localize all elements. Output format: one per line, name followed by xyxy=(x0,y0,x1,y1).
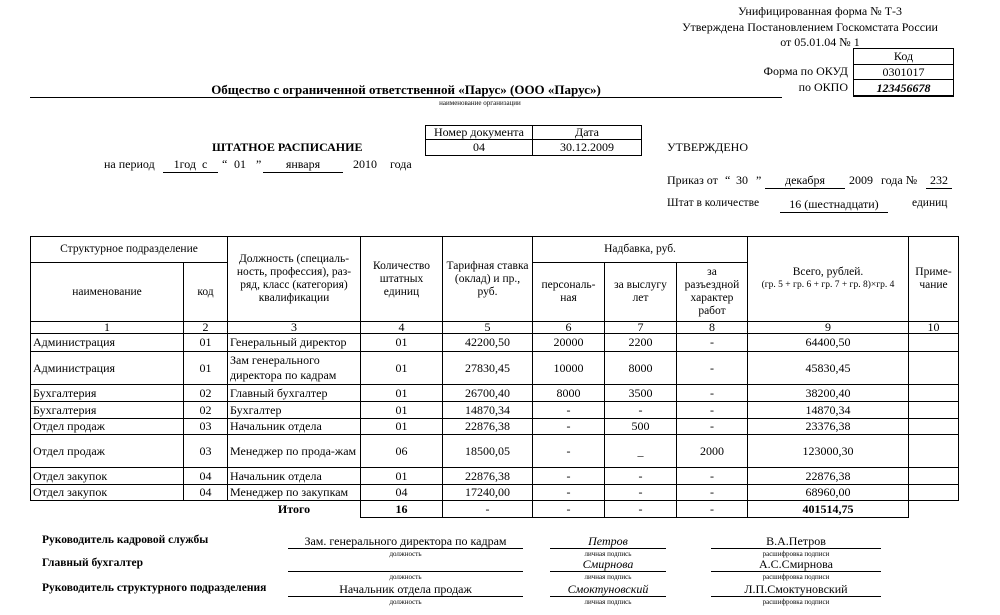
header-unit-group: Структурное подразделение xyxy=(30,236,228,263)
period-prefix: на период xyxy=(104,157,155,172)
table-row-count: 01 xyxy=(360,418,443,435)
period-quote-close: ” xyxy=(256,157,261,172)
order-month: декабря xyxy=(765,173,845,189)
signature-handwritten: Смоктуновский xyxy=(550,582,666,597)
table-row-note xyxy=(908,401,959,419)
signature-name-caption: расшифровка подписи xyxy=(711,598,881,606)
doc-date-label: Дата xyxy=(532,125,642,140)
signature-position-caption: должность xyxy=(288,573,523,581)
table-row-total: 45830,45 xyxy=(747,351,909,385)
okpo-value: 123456678 xyxy=(853,79,954,97)
total-label: Итого xyxy=(227,500,361,518)
header-unit-code: код xyxy=(183,262,228,322)
table-row-note xyxy=(908,467,959,485)
table-row-seniority: 2200 xyxy=(604,333,677,352)
table-row-travel: - xyxy=(676,351,748,385)
staff-label: Штат в количестве xyxy=(667,197,759,209)
table-row-position: Начальник отдела xyxy=(227,418,361,435)
table-row-rate: 22876,38 xyxy=(442,467,533,485)
signature-role: Руководитель структурного подразделения xyxy=(42,582,266,594)
period-month: января xyxy=(263,157,343,173)
table-row-seniority: - xyxy=(604,467,677,485)
table-row-count: 01 xyxy=(360,401,443,419)
table-row-total: 123000,30 xyxy=(747,434,909,468)
table-row-unit: Отдел закупок xyxy=(30,484,184,501)
table-row-seniority: 3500 xyxy=(604,384,677,402)
table-row-count: 01 xyxy=(360,384,443,402)
header-bonus-group: Надбавка, руб. xyxy=(532,236,748,263)
table-row-rate: 14870,34 xyxy=(442,401,533,419)
organization-caption: наименование организации xyxy=(380,99,580,107)
table-row-personal: 8000 xyxy=(532,384,605,402)
order-number: 232 xyxy=(926,173,952,189)
table-row-seniority: _ xyxy=(604,434,677,468)
total-seniority: - xyxy=(604,500,677,518)
doc-number: 04 xyxy=(425,139,533,156)
table-row-travel: - xyxy=(676,384,748,402)
table-row-code: 02 xyxy=(183,401,228,419)
signature-position: Зам. генерального директора по кадрам xyxy=(288,534,523,549)
header-bonus-travel: заразъезднойхарактерработ xyxy=(676,262,748,322)
table-row-unit: Отдел закупок xyxy=(30,467,184,485)
table-row-count: 01 xyxy=(360,351,443,385)
doc-number-label: Номер документа xyxy=(425,125,533,140)
table-row-total: 38200,40 xyxy=(747,384,909,402)
table-row-seniority: - xyxy=(604,401,677,419)
period-day: 01 xyxy=(230,157,250,172)
organization-name: Общество с ограниченной ответственной «П… xyxy=(30,82,782,98)
total-travel: - xyxy=(676,500,748,518)
signature-role: Главный бухгалтер xyxy=(42,557,143,569)
table-row-unit: Бухгалтерия xyxy=(30,401,184,419)
table-row-position: Менеджер по прода-жам xyxy=(227,434,361,468)
period-line: 1год с xyxy=(163,157,218,173)
signature-position xyxy=(288,557,523,572)
table-row-travel: - xyxy=(676,467,748,485)
table-row-code: 04 xyxy=(183,484,228,501)
table-row-travel: - xyxy=(676,484,748,501)
header-unit-name: наименование xyxy=(30,262,184,322)
table-row-code: 01 xyxy=(183,351,228,385)
table-row-code: 01 xyxy=(183,333,228,352)
signature-caption: личная подпись xyxy=(550,573,666,581)
table-row-total: 68960,00 xyxy=(747,484,909,501)
table-row-personal: - xyxy=(532,418,605,435)
table-row-position: Менеджер по закупкам xyxy=(227,484,361,501)
table-row-note xyxy=(908,384,959,402)
okud-label: Форма по ОКУД xyxy=(700,64,848,79)
signature-name: Л.П.Смоктуновский xyxy=(711,582,881,597)
table-row-seniority: - xyxy=(604,484,677,501)
approval-title: УТВЕРЖДЕНО xyxy=(667,140,748,155)
table-row-personal: 20000 xyxy=(532,333,605,352)
table-row-position: Генеральный директор xyxy=(227,333,361,352)
signature-handwritten: Смирнова xyxy=(550,557,666,572)
period-suffix: года xyxy=(390,157,412,172)
table-row-total: 14870,34 xyxy=(747,401,909,419)
order-year-suffix: года № xyxy=(881,173,917,188)
table-row-unit: Администрация xyxy=(30,333,184,352)
table-row-rate: 17240,00 xyxy=(442,484,533,501)
table-row-count: 01 xyxy=(360,467,443,485)
table-row-code: 03 xyxy=(183,434,228,468)
table-row-note xyxy=(908,333,959,352)
table-row-total: 23376,38 xyxy=(747,418,909,435)
total-rate: - xyxy=(442,500,533,518)
table-row-count: 04 xyxy=(360,484,443,501)
signature-position: Начальник отдела продаж xyxy=(288,582,523,597)
table-row-count: 01 xyxy=(360,333,443,352)
header-rate: Тарифная ставка(оклад) и пр.,руб. xyxy=(442,236,533,322)
document-title: ШТАТНОЕ РАСПИСАНИЕ xyxy=(212,140,362,155)
table-row-rate: 42200,50 xyxy=(442,333,533,352)
table-row-travel: 2000 xyxy=(676,434,748,468)
header-bonus-seniority: за выслугулет xyxy=(604,262,677,322)
table-row-unit: Бухгалтерия xyxy=(30,384,184,402)
table-row-rate: 22876,38 xyxy=(442,418,533,435)
table-row-rate: 27830,45 xyxy=(442,351,533,385)
table-row-total: 22876,38 xyxy=(747,467,909,485)
table-row-travel: - xyxy=(676,418,748,435)
signature-name: А.С.Смирнова xyxy=(711,557,881,572)
table-row-total: 64400,50 xyxy=(747,333,909,352)
header-bonus-personal: персональ-ная xyxy=(532,262,605,322)
table-row-code: 04 xyxy=(183,467,228,485)
table-row-unit: Администрация xyxy=(30,351,184,385)
table-row-personal: - xyxy=(532,467,605,485)
header-note: Приме-чание xyxy=(908,236,959,322)
table-row-code: 03 xyxy=(183,418,228,435)
staff-value: 16 (шестнадцати) xyxy=(780,197,888,213)
order-day: 30 xyxy=(732,173,752,188)
table-row-count: 06 xyxy=(360,434,443,468)
table-row-note xyxy=(908,434,959,468)
table-row-note xyxy=(908,351,959,385)
table-row-rate: 18500,05 xyxy=(442,434,533,468)
period-quote-open: “ xyxy=(222,157,227,172)
table-row-seniority: 8000 xyxy=(604,351,677,385)
table-row-unit: Отдел продаж xyxy=(30,434,184,468)
total-personal: - xyxy=(532,500,605,518)
table-row-code: 02 xyxy=(183,384,228,402)
header-position: Должность (специаль-ность, профессия), р… xyxy=(227,236,361,322)
okud-value: 0301017 xyxy=(853,64,954,80)
signature-name-caption: расшифровка подписи xyxy=(711,573,881,581)
order-prefix: Приказ от xyxy=(667,173,718,188)
order-quote-close: ” xyxy=(756,173,761,188)
period-year: 2010 xyxy=(353,157,377,172)
doc-date: 30.12.2009 xyxy=(532,139,642,156)
period-from: с xyxy=(202,157,207,171)
table-row-position: Главный бухгалтер xyxy=(227,384,361,402)
staff-suffix: единиц xyxy=(912,197,947,209)
order-year: 2009 xyxy=(849,173,873,188)
table-row-travel: - xyxy=(676,401,748,419)
table-row-position: Начальник отдела xyxy=(227,467,361,485)
signature-name: В.А.Петров xyxy=(711,534,881,549)
table-row-personal: - xyxy=(532,401,605,419)
table-row-personal: - xyxy=(532,484,605,501)
order-quote-open: “ xyxy=(725,173,730,188)
table-row-unit: Отдел продаж xyxy=(30,418,184,435)
table-row-travel: - xyxy=(676,333,748,352)
table-row-note xyxy=(908,418,959,435)
signature-role: Руководитель кадровой службы xyxy=(42,534,208,546)
signature-caption: личная подпись xyxy=(550,598,666,606)
code-header: Код xyxy=(853,48,954,65)
total-count: 16 xyxy=(360,500,443,518)
form-title-line1: Унифицированная форма № Т-3 xyxy=(690,4,950,19)
signature-handwritten: Петров xyxy=(550,534,666,549)
form-title-line2: Утверждена Постановлением Госкомстата Ро… xyxy=(660,20,960,35)
total-sum: 401514,75 xyxy=(747,500,909,518)
table-row-position: Бухгалтер xyxy=(227,401,361,419)
period-value: 1год xyxy=(174,157,196,171)
header-count: Количествоштатныхединиц xyxy=(360,236,443,322)
table-row-personal: - xyxy=(532,434,605,468)
table-row-personal: 10000 xyxy=(532,351,605,385)
signature-position-caption: должность xyxy=(288,598,523,606)
table-row-position: Зам генерального директора по кадрам xyxy=(227,351,361,385)
table-row-note xyxy=(908,484,959,501)
header-total: Всего, рублей.(гр. 5 + гр. 6 + гр. 7 + г… xyxy=(747,236,909,322)
table-row-seniority: 500 xyxy=(604,418,677,435)
table-row-rate: 26700,40 xyxy=(442,384,533,402)
